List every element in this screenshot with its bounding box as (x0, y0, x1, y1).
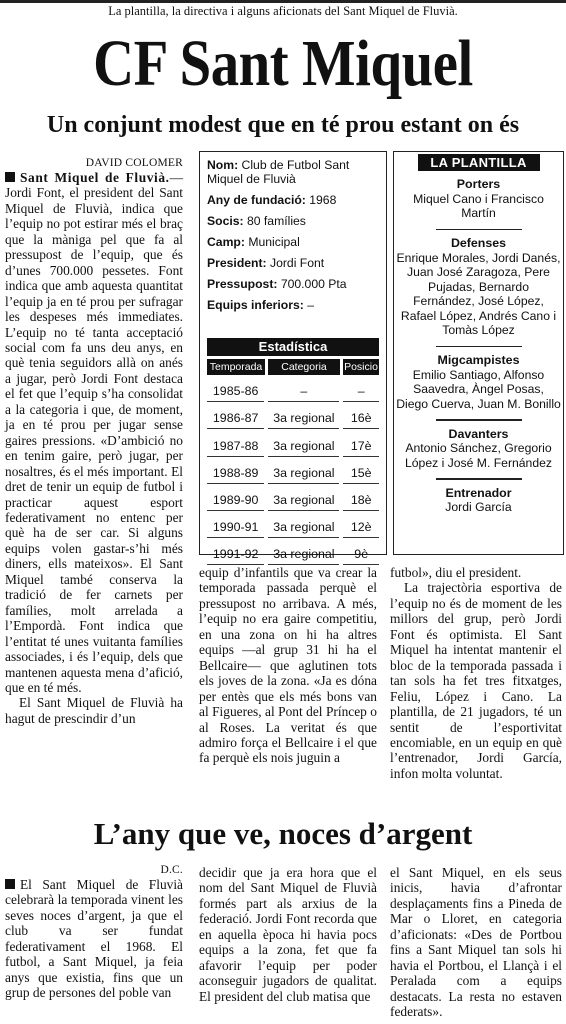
article2-paragraph: El Sant Miquel de Fluvià celebrarà la te… (5, 877, 183, 1001)
squad-box: LA PLANTILLA Porters Miquel Cano i Franc… (393, 151, 564, 555)
info-founded: Any de fundació: 1968 (207, 193, 379, 207)
article2-headline: L’any que ve, noces d’argent (0, 815, 566, 853)
divider (436, 346, 522, 348)
article2-column2: decidir que ja era hora que el nom del S… (199, 865, 377, 1004)
info-field: Camp: Municipal (207, 235, 379, 249)
table-row: 1988-893a regional15è (207, 457, 379, 484)
article2-column1: D.C. El Sant Miquel de Fluvià celebrarà … (5, 863, 183, 1001)
article2-paragraph: el Sant Miquel, en els seus inicis, havi… (390, 865, 562, 1020)
byline: D.C. (5, 863, 183, 877)
photo-caption: La plantilla, la directiva i alguns afic… (0, 4, 566, 19)
stats-header-season: Temporada (207, 359, 265, 375)
table-row: 1990-913a regional12è (207, 511, 379, 538)
article1-column2: equip d’infantils que va crear la tempor… (199, 565, 377, 766)
squad-title: LA PLANTILLA (418, 154, 540, 171)
squad-midfielders: Migcampistes Emilio Santiago, Alfonso Sa… (394, 353, 563, 411)
article2-paragraph: decidir que ja era hora que el nom del S… (199, 865, 377, 1004)
table-row: 1985-86–– (207, 375, 379, 402)
divider (436, 478, 522, 480)
article1-paragraph: futbol», diu el president. (390, 565, 562, 580)
article1-lead: Sant Miquel de Fluvià. (20, 170, 170, 185)
divider (436, 419, 522, 421)
article1-paragraph: Sant Miquel de Fluvià.— Jordi Font, el p… (5, 170, 183, 695)
squad-defenders: Defenses Enrique Morales, Jordi Danés, J… (394, 236, 563, 338)
stats-header-position: Posicio (343, 359, 379, 375)
article2-column3: el Sant Miquel, en els seus inicis, havi… (390, 865, 562, 1020)
info-budget: Pressupost: 700.000 Pta (207, 277, 379, 291)
subheadline: Un conjunt modest que en té prou estant … (0, 110, 566, 140)
squad-coach: Entrenador Jordi García (394, 486, 563, 515)
page-title: CF Sant Miquel (40, 26, 527, 102)
table-row: 1989-903a regional18è (207, 484, 379, 511)
photo-bottom-edge (0, 0, 566, 3)
table-row: 1986-873a regional16è (207, 402, 379, 429)
byline: DAVID COLOMER (5, 156, 183, 170)
article1-paragraph: El Sant Miquel de Fluvià ha hagut de pre… (5, 695, 183, 726)
squad-goalkeepers: Porters Miquel Cano i Francisco Martín (394, 177, 563, 221)
article1-column1: DAVID COLOMER Sant Miquel de Fluvià.— Jo… (5, 156, 183, 726)
info-name: Nom: Club de Futbol Sant Miquel de Fluvi… (207, 158, 379, 186)
stats-header-category: Categoria (268, 359, 340, 375)
divider (436, 229, 522, 231)
bullet-square-icon (5, 172, 15, 182)
info-members: Socis: 80 famílies (207, 214, 379, 228)
table-row: 1987-883a regional17è (207, 429, 379, 456)
article1-paragraph: La trajectòria esportiva de l’equip no é… (390, 580, 562, 781)
club-info-box: Nom: Club de Futbol Sant Miquel de Fluvi… (199, 151, 387, 555)
stats-title: Estadística (207, 338, 379, 356)
squad-forwards: Davanters Antonio Sánchez, Gregorio Lópe… (394, 427, 563, 471)
stats-header-row: Temporada Categoria Posicio (207, 359, 379, 375)
bullet-square-icon (5, 879, 15, 889)
info-president: President: Jordi Font (207, 256, 379, 270)
table-row: 1991-923a regional9è (207, 538, 379, 565)
info-lower-teams: Equips inferiors: – (207, 298, 379, 312)
article1-paragraph: equip d’infantils que va crear la tempor… (199, 565, 377, 766)
article1-column3: futbol», diu el president. La trajectòri… (390, 565, 562, 781)
